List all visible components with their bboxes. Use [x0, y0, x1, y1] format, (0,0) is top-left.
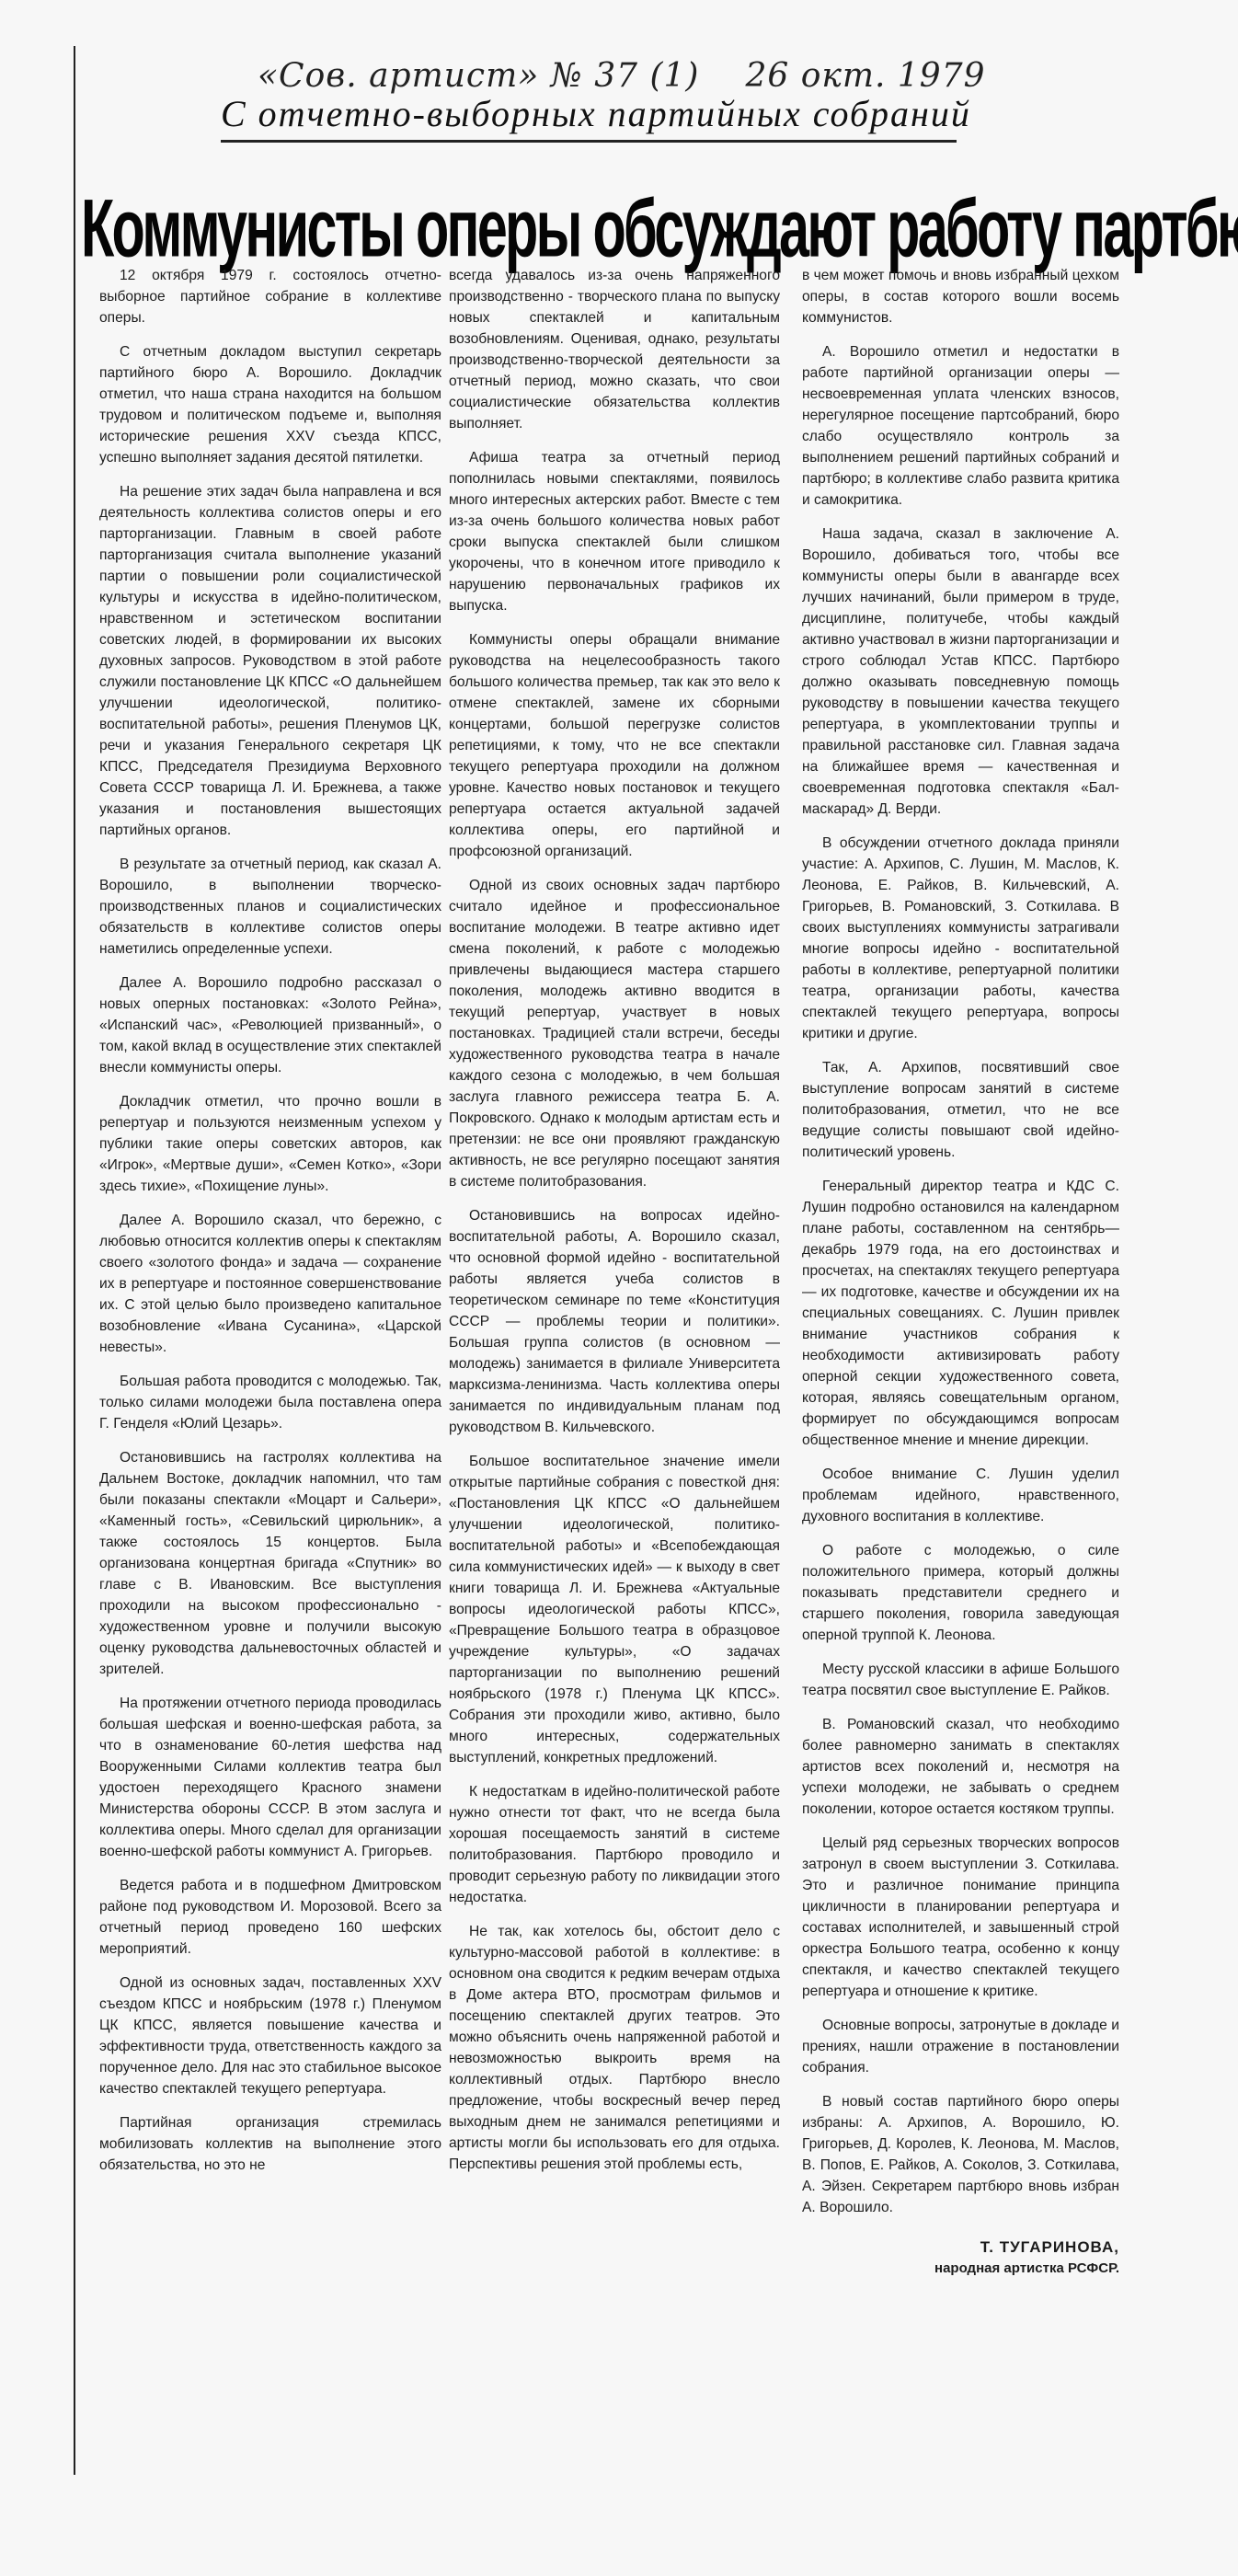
- paragraph: Далее А. Ворошило подробно рассказал о н…: [99, 972, 441, 1078]
- section-rubric: С отчетно-выборных партийных собраний: [221, 92, 971, 135]
- paragraph: Одной из основных задач, поставленных XX…: [99, 1972, 441, 2099]
- paragraph: Наша задача, сказал в заключение А. Воро…: [802, 523, 1119, 820]
- paragraph: Особое внимание С. Лушин уделил проблема…: [802, 1464, 1119, 1527]
- paragraph: Коммунисты оперы обращали внимание руков…: [449, 629, 780, 862]
- author-name: Т. ТУГАРИНОВА,: [802, 2237, 1119, 2258]
- paragraph: Целый ряд серьезных творческих вопросов …: [802, 1833, 1119, 2002]
- paragraph: В новый состав партийного бюро оперы изб…: [802, 2091, 1119, 2218]
- paragraph: Месту русской классики в афише Большого …: [802, 1659, 1119, 1701]
- paragraph: Основные вопросы, затронутые в докладе и…: [802, 2015, 1119, 2078]
- paragraph: Одной из своих основных задач партбюро с…: [449, 875, 780, 1192]
- handwritten-source: «Сов. артист» № 37 (1): [258, 57, 699, 95]
- paragraph: всегда удавалось из-за очень напряженног…: [449, 265, 780, 434]
- article-column-1: 12 октября 1979 г. состоялось отчетно-вы…: [99, 265, 441, 2189]
- paragraph: На решение этих задач была направлена и …: [99, 481, 441, 841]
- clipping-edge: [74, 46, 75, 2475]
- paragraph: Не так, как хотелось бы, обстоит дело с …: [449, 1921, 780, 2175]
- paragraph: А. Ворошило отметил и недостатки в работ…: [802, 341, 1119, 511]
- rubric-underline: [221, 140, 957, 143]
- paragraph: К недостаткам в идейно-политической рабо…: [449, 1781, 780, 1908]
- paragraph: Афиша театра за отчетный период пополнил…: [449, 447, 780, 616]
- paragraph: О работе с молодежью, о силе положительн…: [802, 1540, 1119, 1646]
- paragraph: Партийная организация стремилась мобилиз…: [99, 2112, 441, 2176]
- paragraph: С отчетным докладом выступил секретарь п…: [99, 341, 441, 468]
- paragraph: Докладчик отметил, что прочно вошли в ре…: [99, 1091, 441, 1197]
- paragraph: На протяжении отчетного периода проводил…: [99, 1693, 441, 1862]
- handwritten-date: 26 окт. 1979: [745, 57, 985, 95]
- handwritten-source-note: «Сов. артист» № 37 (1)26 окт. 1979: [258, 57, 986, 95]
- author-byline: Т. ТУГАРИНОВА, народная артистка РСФСР.: [802, 2237, 1119, 2279]
- paragraph: Остановившись на гастролях коллектива на…: [99, 1447, 441, 1680]
- author-title: народная артистка РСФСР.: [802, 2258, 1119, 2279]
- paragraph: В. Романовский сказал, что необходимо бо…: [802, 1714, 1119, 1820]
- paragraph: Большая работа проводится с молодежью. Т…: [99, 1371, 441, 1434]
- article-headline: Коммунисты оперы обсуждают работу партбю…: [81, 180, 1058, 275]
- paragraph: Генеральный директор театра и КДС С. Луш…: [802, 1176, 1119, 1451]
- paragraph: Большое воспитательное значение имели от…: [449, 1451, 780, 1768]
- paragraph: В обсуждении отчетного доклада приняли у…: [802, 833, 1119, 1044]
- paragraph: 12 октября 1979 г. состоялось отчетно-вы…: [99, 265, 441, 328]
- paragraph: Остановившись на вопросах идейно-воспита…: [449, 1205, 780, 1438]
- paragraph: Далее А. Ворошило сказал, что бережно, с…: [99, 1210, 441, 1358]
- article-column-2: всегда удавалось из-за очень напряженног…: [449, 265, 780, 2188]
- paragraph: Так, А. Архипов, посвятивший свое выступ…: [802, 1057, 1119, 1163]
- paragraph: В результате за отчетный период, как ска…: [99, 854, 441, 960]
- paragraph: Ведется работа и в подшефном Дмитровском…: [99, 1875, 441, 1960]
- article-column-3: в чем может помочь и вновь избранный цех…: [802, 265, 1119, 2279]
- paragraph: в чем может помочь и вновь избранный цех…: [802, 265, 1119, 328]
